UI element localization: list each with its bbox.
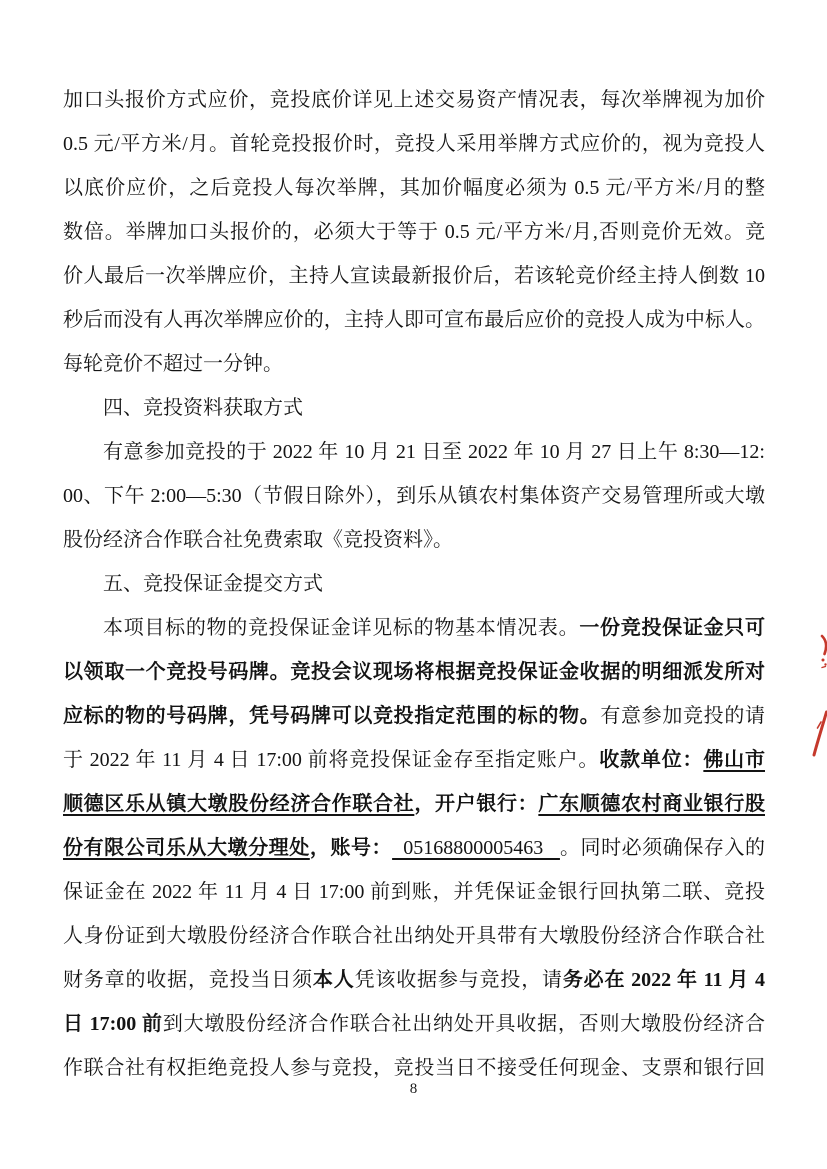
text-segment: 0.5 元/平方米/月。首轮竞投报价时，竞投人采用举牌方式应价的，视为竞投人 <box>63 133 765 155</box>
text-segment: 四、竞投资料获取方式 <box>103 397 303 419</box>
text-segment: 00、下午 2:00—5:30（节假日除外），到乐从镇农村集体资产交易管理所或大… <box>63 485 765 507</box>
text-segment: 价人最后一次举牌应价，主持人宣读最新报价后，若该轮竞价经主持人倒数 10 <box>63 265 765 287</box>
text-segment: 保证金在 2022 年 11 月 4 日 17:00 前到账，并凭保证金银行回执… <box>63 881 765 903</box>
text-segment: 人身份证到大墩股份经济合作联合社出纳处开具带有大墩股份经济合作联合社 <box>63 925 765 947</box>
text-segment: 到大墩股份经济合作联合社出纳处开具收据，否则大墩股份经济合 <box>163 1013 765 1035</box>
text-line: 秒后而没有人再次举牌应价的，主持人即可宣布最后应价的竞投人成为中标人。 <box>63 298 765 342</box>
text-line: 每轮竞价不超过一分钟。 <box>63 342 765 386</box>
document-body: 加口头报价方式应价，竞投底价详见上述交易资产情况表，每次举牌视为加价0.5 元/… <box>63 78 765 1090</box>
text-segment: ，开户银行： <box>414 793 538 815</box>
text-line: 保证金在 2022 年 11 月 4 日 17:00 前到账，并凭保证金银行回执… <box>63 870 765 914</box>
text-segment: 作联合社有权拒绝竞投人参与竞投，竞投当日不接受任何现金、支票和银行回 <box>63 1057 765 1079</box>
text-segment: 以领取一个竞投号码牌。竞投会议现场将根据竞投保证金收据的明细派发所对 <box>63 661 765 683</box>
text-segment: 佛山市 <box>703 749 765 771</box>
text-segment: 本人 <box>313 969 355 991</box>
text-line: 份有限公司乐从大墩分理处，账号： 05168800005463 。同时必须确保存… <box>63 826 765 870</box>
text-line: 数倍。举牌加口头报价的，必须大于等于 0.5 元/平方米/月,否则竞价无效。竞 <box>63 210 765 254</box>
red-pen-marks-icon <box>807 630 827 770</box>
text-segment: 05168800005463 <box>392 837 560 859</box>
text-segment: 广东顺德农村商业银行股 <box>538 793 765 815</box>
text-line: 股份经济合作联合社免费索取《竞投资料》。 <box>63 518 765 562</box>
text-line: 财务章的收据，竞投当日须本人凭该收据参与竞投，请务必在 2022 年 11 月 … <box>63 958 765 1002</box>
text-segment: 份有限公司乐从大墩分理处 <box>63 837 310 859</box>
text-segment: ，账号： <box>310 837 392 859</box>
text-line: 人身份证到大墩股份经济合作联合社出纳处开具带有大墩股份经济合作联合社 <box>63 914 765 958</box>
text-segment: 。同时必须确保存入的 <box>560 837 765 859</box>
text-line: 于 2022 年 11 月 4 日 17:00 前将竞投保证金存至指定账户。收款… <box>63 738 765 782</box>
text-line: 应标的物的号码牌，凭号码牌可以竞投指定范围的标的物。有意参加竞投的请 <box>63 694 765 738</box>
text-segment: 日 17:00 前 <box>63 1013 163 1035</box>
text-segment: 数倍。举牌加口头报价的，必须大于等于 0.5 元/平方米/月,否则竞价无效。竞 <box>63 221 765 243</box>
text-line: 顺德区乐从镇大墩股份经济合作联合社，开户银行：广东顺德农村商业银行股 <box>63 782 765 826</box>
section-heading-5: 五、竞投保证金提交方式 <box>63 562 765 606</box>
page-number: 8 <box>0 1081 827 1098</box>
text-line: 有意参加竞投的于 2022 年 10 月 21 日至 2022 年 10 月 2… <box>63 430 765 474</box>
text-segment: 应标的物的号码牌，凭号码牌可以竞投指定范围的标的物。 <box>63 705 600 727</box>
text-segment: 一份竞投保证金只可 <box>579 617 765 639</box>
text-segment: 顺德区乐从镇大墩股份经济合作联合社 <box>63 793 414 815</box>
text-line: 加口头报价方式应价，竞投底价详见上述交易资产情况表，每次举牌视为加价 <box>63 78 765 122</box>
text-segment: 秒后而没有人再次举牌应价的，主持人即可宣布最后应价的竞投人成为中标人。 <box>63 309 765 331</box>
text-segment: 有意参加竞投的于 2022 年 10 月 21 日至 2022 年 10 月 2… <box>103 441 765 463</box>
text-segment: 务必在 2022 年 11 月 4 <box>563 969 765 991</box>
text-line: 00、下午 2:00—5:30（节假日除外），到乐从镇农村集体资产交易管理所或大… <box>63 474 765 518</box>
text-line: 日 17:00 前到大墩股份经济合作联合社出纳处开具收据，否则大墩股份经济合 <box>63 1002 765 1046</box>
document-page: 加口头报价方式应价，竞投底价详见上述交易资产情况表，每次举牌视为加价0.5 元/… <box>0 0 827 1169</box>
text-segment: 以底价应价，之后竞投人每次举牌，其加价幅度必须为 0.5 元/平方米/月的整 <box>63 177 765 199</box>
text-segment: 每轮竞价不超过一分钟。 <box>63 353 283 375</box>
text-line: 本项目标的物的竞投保证金详见标的物基本情况表。一份竞投保证金只可 <box>63 606 765 650</box>
text-line: 0.5 元/平方米/月。首轮竞投报价时，竞投人采用举牌方式应价的，视为竞投人 <box>63 122 765 166</box>
text-segment: 财务章的收据，竞投当日须 <box>63 969 313 991</box>
text-line: 价人最后一次举牌应价，主持人宣读最新报价后，若该轮竞价经主持人倒数 10 <box>63 254 765 298</box>
text-segment: 五、竞投保证金提交方式 <box>103 573 323 595</box>
text-segment: 本项目标的物的竞投保证金详见标的物基本情况表。 <box>103 617 579 639</box>
text-line: 以领取一个竞投号码牌。竞投会议现场将根据竞投保证金收据的明细派发所对 <box>63 650 765 694</box>
text-segment: 于 2022 年 11 月 4 日 17:00 前将竞投保证金存至指定账户。 <box>63 749 599 771</box>
text-segment: 收款单位： <box>599 749 703 771</box>
text-segment: 有意参加竞投的请 <box>600 705 765 727</box>
text-segment: 加口头报价方式应价，竞投底价详见上述交易资产情况表，每次举牌视为加价 <box>63 89 765 111</box>
text-segment: 股份经济合作联合社免费索取《竞投资料》。 <box>63 529 453 551</box>
text-line: 以底价应价，之后竞投人每次举牌，其加价幅度必须为 0.5 元/平方米/月的整 <box>63 166 765 210</box>
section-heading-4: 四、竞投资料获取方式 <box>63 386 765 430</box>
text-segment: 凭该收据参与竞投，请 <box>355 969 563 991</box>
